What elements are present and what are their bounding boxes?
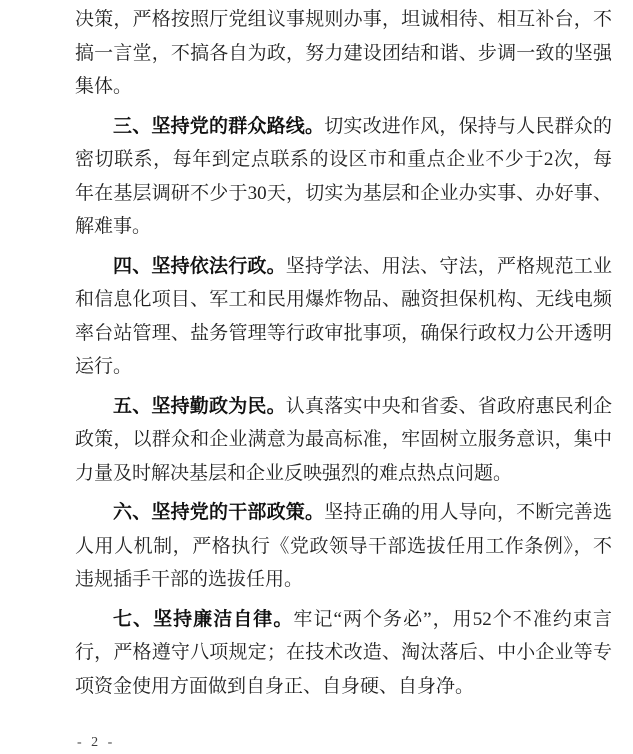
paragraph-heading: 四、坚持依法行政。 <box>113 256 286 277</box>
paragraph: 决策，严格按照厅党组议事规则办事，坦诚相待、相互补台，不搞一言堂，不搞各自为政，… <box>75 3 612 104</box>
document-page: 决策，严格按照厅党组议事规则办事，坦诚相待、相互补台，不搞一言堂，不搞各自为政，… <box>0 0 633 754</box>
paragraph-heading: 七、坚持廉洁自律。 <box>113 609 293 630</box>
page-number: - 2 - <box>77 735 115 751</box>
paragraph-text: 决策，严格按照厅党组议事规则办事，坦诚相待、相互补台，不搞一言堂，不搞各自为政，… <box>75 9 612 97</box>
document-body: 决策，严格按照厅党组议事规则办事，坦诚相待、相互补台，不搞一言堂，不搞各自为政，… <box>75 3 612 709</box>
paragraph: 三、坚持党的群众路线。切实改进作风，保持与人民群众的密切联系，每年到定点联系的设… <box>75 110 612 244</box>
paragraph: 四、坚持依法行政。坚持学法、用法、守法，严格规范工业和信息化项目、军工和民用爆炸… <box>75 250 612 384</box>
paragraph: 七、坚持廉洁自律。牢记“两个务必”，用52个不准约束言行，严格遵守八项规定；在技… <box>75 603 612 704</box>
paragraph: 六、坚持党的干部政策。坚持正确的用人导向，不断完善选人用人机制，严格执行《党政领… <box>75 496 612 597</box>
paragraph-heading: 五、坚持勤政为民。 <box>113 396 286 417</box>
paragraph-heading: 三、坚持党的群众路线。 <box>113 116 324 137</box>
paragraph: 五、坚持勤政为民。认真落实中央和省委、省政府惠民利企政策，以群众和企业满意为最高… <box>75 390 612 491</box>
paragraph-heading: 六、坚持党的干部政策。 <box>113 502 324 523</box>
